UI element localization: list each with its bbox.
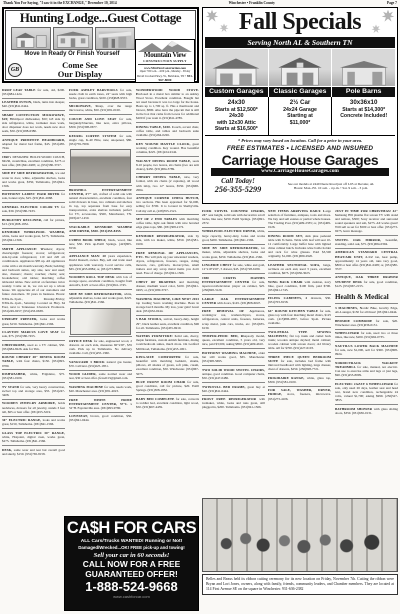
garage-icon (208, 56, 264, 86)
classified-ad: FREE REMOVAL OF APPLIANCES, ETC. We will… (136, 248, 199, 277)
entertainment-center-photo (70, 149, 131, 183)
mountain-view-brand: Mountain View (136, 52, 194, 59)
classified-ad: GENERAL ELECTRIC COLOR TV for sale, $30.… (2, 202, 65, 215)
office-desk-photo (70, 308, 131, 335)
cash-for-cars-title: CA$H FOR CARS (65, 520, 198, 537)
classified-ad: WOODEN ROLL TOP DESK with lots of storag… (69, 273, 132, 290)
classified-column-5: NEW ITEMS ARRIVING DAILY. Large selectio… (268, 207, 331, 497)
mountain-view-logo-block: Mountain View CONSTRUCTION SUPPLY www.Mt… (135, 39, 195, 83)
cash-line-3: Sell your car in 60 seconds! (65, 552, 198, 559)
classified-ad: WOODEN JEWELRY ARMOIRE, holds necklaces,… (2, 399, 65, 416)
pole-barns-pricing: 30x36x10Starts at $14,300*Concrete Inclu… (331, 97, 395, 135)
ribbon-cutting-caption: Belles and Beaus held its ribbon cutting… (202, 574, 398, 595)
classified-ad: FRIGIDAIRE RANGE, white, glass top, $300… (268, 373, 331, 386)
classified-ad: SMITH APPLIANCE: Washers; dryers; chest/… (2, 244, 65, 314)
carriage-house-website: www.CarriageHouseGarages.com (211, 168, 389, 176)
classified-ad: JUST IN TIME FOR CHRISTMAS! 42" Samsung … (335, 207, 398, 235)
mountain-view-sub: CONSTRUCTION SUPPLY (138, 59, 192, 65)
product-label-pole-barns: Pole Barns (332, 87, 395, 97)
hunting-ad-title: Hunting Lodge...Guest Cottage (7, 11, 194, 25)
maple-leaf-icon (205, 9, 219, 23)
classified-ad: ANTIQUE, OAK THREE DRAWER STUDENT DESK f… (335, 273, 398, 290)
classified-ad: KEURIG COFFEE SYSTEM for sale, single cu… (69, 131, 132, 148)
price-line: 24x30 (206, 99, 267, 107)
classified-ad: 30" ELECTRIC RANGE, looks and works grea… (2, 416, 65, 429)
classified-ad: DINING TABLE, $100. Couch, accent chair,… (136, 122, 199, 139)
free-estimates-line: FREE ESTIMATES • LICENSED AND INSURED (203, 145, 397, 152)
price-line: 2½ Car (270, 99, 331, 107)
fall-title-row: Fall Specials (203, 8, 397, 37)
classified-ad: SIDE BY SIDE REFRIGERATOR, ice maker, wh… (202, 244, 265, 261)
classified-ad: TWO-PEDAL TYPE SEWING MACHINES; flat top… (268, 327, 331, 352)
classified-ad: WONDERWOOD WOOD STOVE. Enclosed in a met… (136, 86, 199, 122)
maple-leaf-icon (219, 20, 229, 30)
classified-ad: WASHING MACHINE for sale, needs work, $2… (69, 382, 132, 395)
cash-for-cars-ad: CA$H FOR CARS ALL Cars/Trucks WANTED! Ru… (64, 516, 199, 611)
classified-ad: WALNUT DINING ROOM TABLE, seats 8-10 peo… (136, 156, 199, 173)
classified-ad: WHIRLPOOL ELECTRIC DRYER, white, large c… (202, 227, 265, 244)
fall-specials-title: Fall Specials (203, 8, 397, 37)
classified-ad: LEATHER SECTIONAL SOFA, beige, recliners… (268, 260, 331, 277)
classified-ad: 1960's DESIGNER HOLLY-WOOD COUCH, 84x36,… (2, 152, 65, 169)
maple-leaf-icon (381, 9, 395, 23)
mountain-view-address: David Crockett Pkwy. W., Belvidere, TN •… (136, 74, 194, 82)
classified-ad: FREE REMOVAL OF Appliances, working/or n… (202, 307, 265, 332)
classified-ad: LOVESEAT, brown, good condition, $50. (9… (69, 412, 132, 425)
header-left: Thank You For Saying, "I saw it in the E… (3, 1, 117, 5)
classified-ad: BLUE FRONT ROOM CHAIR for sale, good con… (136, 377, 199, 394)
classified-ad: ROUND CHERRY 48" DINING ROOM TABLE, with… (2, 353, 65, 370)
ribbon-cutting-photo (202, 498, 398, 572)
garage-labels-row: Custom Garages Classic Garages Pole Barn… (205, 87, 395, 97)
classified-ad: CHERRY DINING TABLE, nice, very formal, … (136, 173, 199, 194)
classified-ad: NAUTILUS LOWER BACK MACHINE for sale, ne… (335, 341, 398, 358)
classified-ad: APPLIANCE MAN: 20 years experience, Davi… (69, 252, 132, 273)
cottage-photo (53, 27, 93, 50)
classified-ad: FOUR ASHLEY BARSTOOLS for sale, suede cl… (69, 86, 132, 102)
classified-ad: FREE WHITE HOME ENTERTAINMENT CENTER, 57… (69, 395, 132, 412)
call-today-label: Call Today! (207, 177, 269, 185)
classified-ad: LINGERIE CHEST for sale, white and gold,… (202, 260, 265, 273)
classified-ad: TWIN/FULL BED FRAME, great buy at $20. (… (202, 382, 265, 395)
classified-ad: HOTPOINT WASHING MACHINE, older but stil… (202, 348, 265, 365)
classic-garage-photo (269, 49, 332, 86)
classified-ad: NEW ITEMS ARRIVING DAILY. Large selectio… (268, 207, 331, 231)
classified-ad: TEMPUR-PEDIC BED, Rhapsody model, queen,… (202, 332, 265, 349)
classified-ad: KENMORE REFRIGERATOR, side by side, with… (136, 231, 199, 248)
classified-ad: CLAYTON MARCUS LOVE SEAT for sale, $75. … (2, 327, 65, 340)
price-line: 30x36x10 (333, 99, 394, 107)
classified-ad: THREE PIECE QUEEN BEDROOM SUITE for sale… (268, 352, 331, 373)
product-label-classic-garages: Classic Garages (269, 87, 332, 97)
classified-ad: 5 BAR STOOLS, swivel, heavy-duty, height… (136, 315, 199, 332)
classified-ad: SHARP CONVECTION MICROWAVE, $25; Whirlpo… (2, 110, 65, 135)
builder-monogram-logo: GB (8, 63, 22, 77)
classified-ad: WING BACK CHAIR with cushion, navy blue,… (268, 277, 331, 294)
classified-column-1: DROP LEAF TABLE for sale, old, $200. (93… (2, 86, 65, 608)
classified-ad: HOTPOINT LADIES' HAIR DRYER for sale, bo… (2, 190, 65, 203)
classified-ad: SIDE BY SIDE REFRIGERATOR, ice and water… (2, 169, 65, 190)
header-right-page-number: Page 7 (387, 1, 397, 5)
price-disclaimer: * Prices may vary based on location. Cal… (203, 138, 397, 143)
price-line: $11,000* (270, 120, 331, 127)
classified-column-2: FOUR ASHLEY BARSTOOLS for sale, suede cl… (69, 86, 132, 514)
classified-ad: SWIVEL OAK MIRROR, beautiful, standing, … (335, 235, 398, 248)
carriage-house-phone: 256-355-5299 (207, 185, 269, 194)
classified-ad: BEDSIDE COMMODE for sale, $20. Wincheste… (335, 316, 398, 329)
classic-garages-pricing: 2½ Car24x24 GarageStarting at$11,000* (268, 97, 332, 135)
classified-ad: AMERICAN STANDARD CENTRAL HEAT/AIR UNIT,… (335, 248, 398, 273)
classified-ad: TWO SOLID WOOD SWIVEL CHAIRS, antique, g… (202, 365, 265, 382)
classified-ad: CHIFFOROBE, used as a TV cabinet, $50. (… (2, 340, 65, 353)
cash-line-2: Damaged/Wrecked...OK! FREE pick-up and t… (65, 545, 198, 550)
interior-photo (95, 27, 135, 50)
carriage-house-contact-row: Call Today! 256-355-5299 See our models … (207, 177, 393, 194)
hunting-ad-photos (11, 27, 137, 50)
classified-ad: STACKABLE KENMORE WASHER AND DRYER, $500… (69, 222, 132, 235)
barn-icon (336, 56, 392, 86)
classified-ad: WATERS FURNITURE: Solid oak, cherry, map… (136, 332, 199, 353)
classified-column-4: FOUR SWIVEL COUNTER CHAIRS, 24" seat hei… (202, 207, 265, 497)
cabin-icon (14, 31, 48, 49)
classified-ad: KING-SIZE COMFORTER for sale, beautiful … (136, 352, 199, 377)
models-info: See our models at 2440 Deere Road just o… (269, 182, 393, 191)
hunting-ad-tagline: Move In Ready Or Finish Yourself (7, 51, 137, 57)
classified-ad: FROST FREE REFRIGERATOR with icemaker, w… (202, 395, 265, 412)
classified-ad: FOUR SWIVEL COUNTER CHAIRS, 24" seat hei… (202, 207, 265, 227)
classified-ad: WOOD GLIDER, some normal wear and tear, … (69, 370, 132, 383)
classified-ad: LEATHER FUTON, black, turns into sleeper… (2, 98, 65, 111)
pole-barn-photo (332, 49, 395, 86)
classified-ad: MICROWAVE, Sharp, over the range microwa… (69, 102, 132, 115)
classified-ad: TV STAND for sale, very heavy constructi… (2, 382, 65, 399)
classified-ad: BATHROOM SHOWER with glass sliding doors… (335, 404, 398, 417)
hunting-ad-cta: Come See Our Display (22, 61, 138, 79)
cta-line-2: Our Display (22, 70, 138, 79)
classified-ad: KEY WOUND MANTLE CLOCK, great working co… (136, 139, 199, 156)
classified-ad: 64" ROUND KITCHEN TABLE for sale, glass … (268, 306, 331, 327)
section-header-health-medical: Health & Medical (335, 290, 398, 304)
classified-ad: WASHING MACHINE, LIKE NEW! 2013 top load… (136, 294, 199, 315)
cottage-icon (56, 31, 90, 49)
price-line: Concrete Included! (333, 113, 394, 120)
hunting-ad-bottom: GB Come See Our Display (8, 61, 138, 79)
garage-prices-row: 24x30Starts at $12,500*24x30with 12x30 A… (205, 97, 395, 136)
classified-ad: DINING ROOM SET, dark pine pedestal tabl… (268, 231, 331, 260)
classified-ad: KENMORE WHIRLPOOL WASHER, white, looks a… (2, 228, 65, 245)
classified-ad: BROSHILL ENTERTAINMENT CENTER, 4'7" tall… (69, 185, 132, 222)
product-label-custom-garages: Custom Garages (205, 87, 268, 97)
garage-icon (272, 56, 328, 86)
classified-ad: 1980 CURTIS MATHES ENTERTAINMENT CENTER … (202, 273, 265, 294)
fall-specials-ad: Fall Specials Serving North AL & Souther… (202, 7, 398, 204)
classified-ad: DISHWASHER, white, Frigidaire, $75. (931… (2, 369, 65, 382)
price-line: Starts at $16,500* (206, 126, 267, 133)
classified-ad: LARGE OAK ENTERTAINMENT CENTER with door… (202, 294, 265, 307)
classified-ad: GLASS TOP ELECTRIC 30" RANGE, white, Hot… (2, 428, 65, 445)
interior-icon (98, 31, 132, 49)
classified-ad: NORDICTRACK WALKFIT TREADMILL for sale, … (335, 358, 398, 379)
classified-ad: VANGUARD 3 BRICK natural gas heater, $70… (69, 357, 132, 370)
classified-ad: OFFICE DESK for sale, engineered wood, 2… (69, 336, 132, 357)
classified-ad: ANTIQUE PRIMITIVE HEADBOARD, adapted for… (2, 135, 65, 152)
classified-ad: BABY BED COMPLETE for sale, converts to … (136, 394, 199, 411)
cash-for-cars-phone: 1-888-524-9668 (65, 580, 198, 593)
call-today-block: Call Today! 256-355-5299 (207, 177, 269, 194)
cash-line-1: ALL Cars/Trucks WANTED! Running or Not! (65, 539, 198, 544)
classified-ad: WHEELCHAIR for sale, used two or three t… (335, 329, 398, 342)
page-header: Thank You For Saying, "I saw it in the E… (3, 1, 397, 5)
classified-ad: FILING CABINETS, 2 drawers, $30. (931)70… (268, 294, 331, 307)
classified-ad: CHEST OF DRAWERS and matching dresser, m… (136, 277, 199, 294)
header-center: Winchester • Franklin County (229, 1, 275, 5)
newspaper-page: Thank You For Saying, "I saw it in the E… (0, 0, 400, 614)
classified-column-3: WONDERWOOD WOOD STOVE. Enclosed in a met… (136, 86, 199, 514)
classified-column-6: JUST IN TIME FOR CHRISTMAS! 42" Samsung … (335, 207, 398, 497)
classified-ad: DROP LEAF TABLE for sale, old, $200. (93… (2, 86, 65, 98)
classified-ad: 3 MACHINES, Nordic Bike, Gravity Edge, A… (335, 303, 398, 316)
cash-line-5: GUARANTEED OFFER! (65, 570, 198, 579)
classified-ad: CUBED BOOK SHELF, black, wood, like new,… (69, 235, 132, 252)
custom-garages-pricing: 24x30Starts at $12,500*24x30with 12x30 A… (205, 97, 268, 135)
classified-ad: SIDE BY SIDE REFRIGERATOR, white, adjust… (69, 289, 132, 306)
hours-line: Hours: Mon.-Fri. 10 a.m. - 4 p.m. • Sat.… (269, 186, 393, 190)
carriage-house-company-name: Carriage House Garages (203, 153, 397, 168)
classified-ad: COUCH AND LOVE SEAT for sale, burgundy/b… (69, 114, 132, 131)
classified-ad: DESK, some wear and tear but overall goo… (2, 445, 65, 458)
cash-for-cars-website: www.cashforcar.com (65, 594, 198, 599)
custom-garage-photo (205, 49, 268, 86)
classified-ad: ELECTRIC JAZZY 6 WHEELCHAIR for sale, on… (335, 379, 398, 404)
classified-ad: BURGUNDY RECLINER, call for picture, $13… (2, 215, 65, 228)
classified-ad: SET OF 2 END TABLES with matching coffee… (136, 214, 199, 231)
hunting-lodge-ad: Hunting Lodge...Guest Cottage Move In Re… (2, 7, 199, 83)
classified-ad: UPRIGHT FREEZER, looks and works great, … (2, 315, 65, 328)
serving-banner: Serving North AL & Southern TN (205, 37, 395, 48)
classified-ad: FOR SALE, WASHER, DRYER, FRIDGE, stove, … (268, 386, 331, 403)
classified-ad: ANTIQUE CORNER CHINA HUTCH, two sections… (136, 194, 199, 215)
cabin-photo (11, 27, 51, 50)
cash-line-4: CALL NOW FOR A FREE (65, 560, 198, 569)
maple-leaf-icon (371, 21, 381, 31)
garage-photos-row (205, 49, 395, 86)
